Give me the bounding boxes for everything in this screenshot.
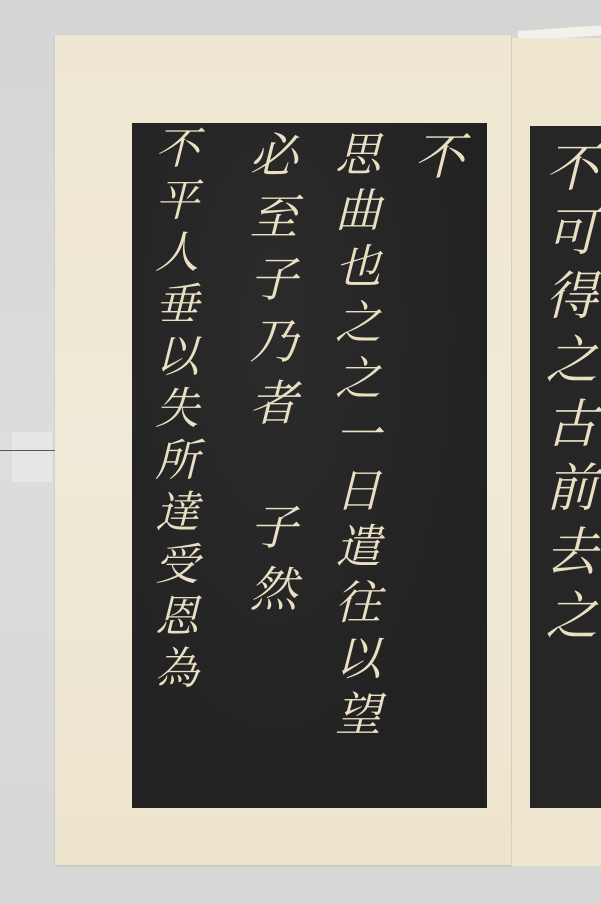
calligraphy-column-3: 必至子乃者 子然 xyxy=(245,130,293,626)
thread-mark xyxy=(0,450,55,451)
calligraphy-column-2: 思曲也之之一日遣往以望 xyxy=(332,130,378,746)
calligraphy-column-right-page: 不可得之古前去之 xyxy=(540,140,592,652)
calligraphy-column-1: 不 xyxy=(410,130,460,192)
paper-slip xyxy=(12,432,52,482)
calligraphy-column-4: 不平人垂以失所達受恩為 xyxy=(150,125,194,697)
